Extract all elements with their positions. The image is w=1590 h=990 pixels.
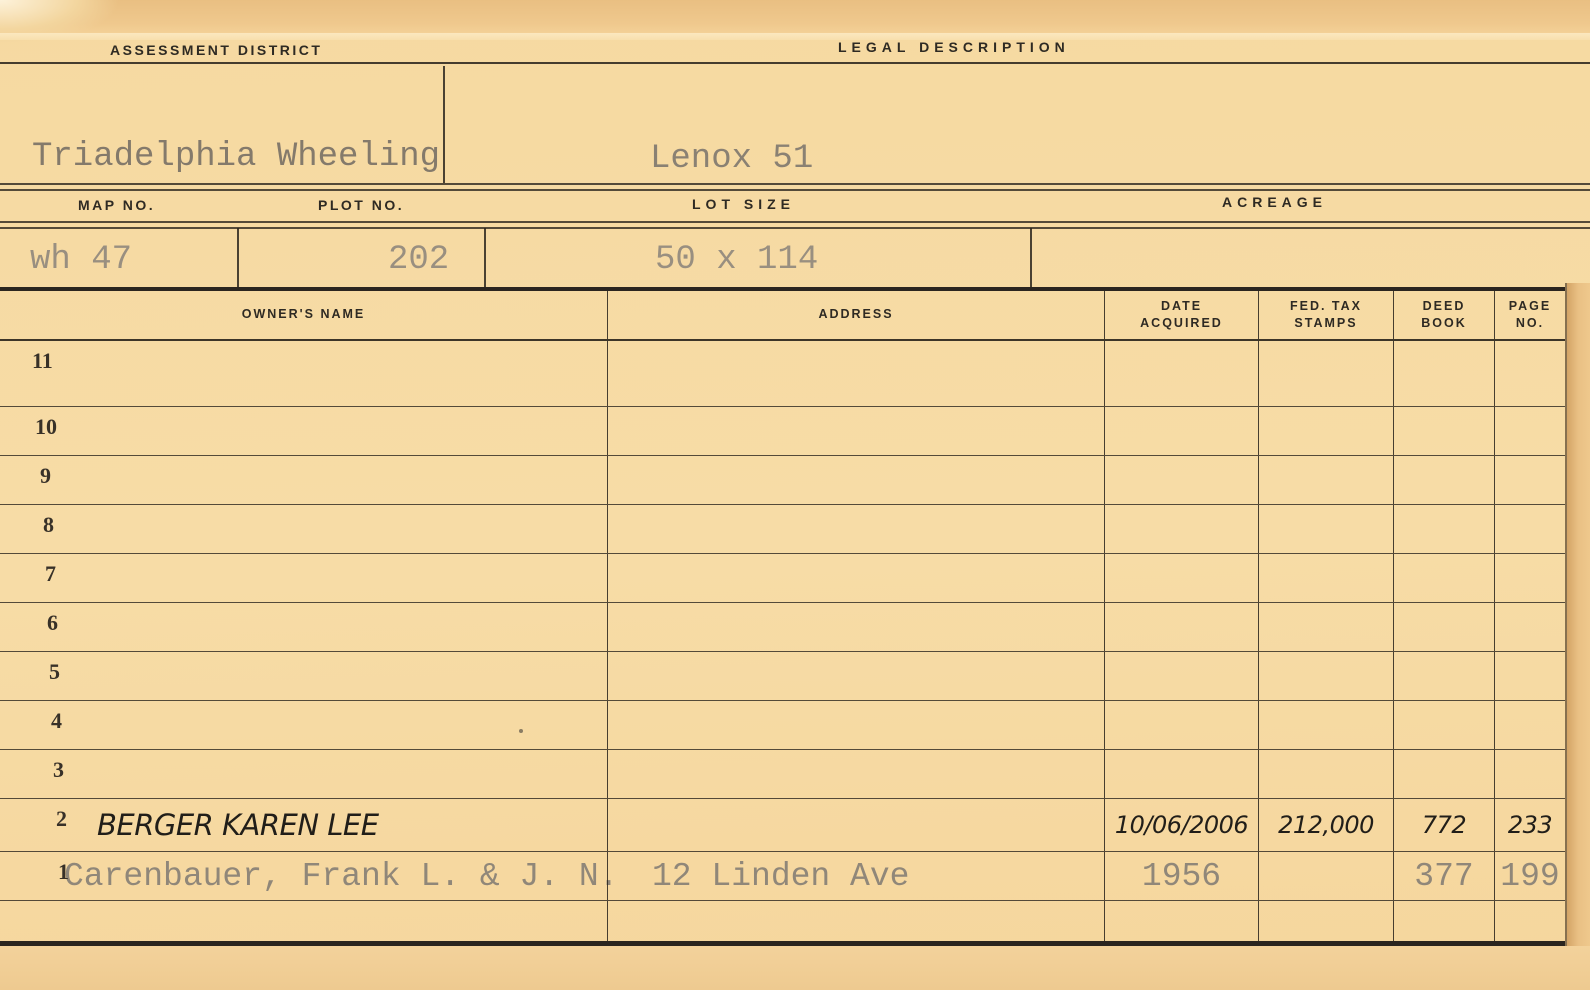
address-cell [607,701,1104,749]
row-number: 7 [45,561,56,587]
page-no-cell [1494,750,1565,798]
address-cell [607,456,1104,504]
address-header-label: ADDRESS [818,306,893,324]
fed-tax-stamps-value: 212,000 [1278,811,1374,839]
deed-book-cell [1393,750,1494,798]
table-row: 11 [0,341,1565,407]
owner-cell [0,456,607,504]
plot-no-value: 202 [388,241,449,279]
plot-lotsize-divider-line [484,228,486,287]
map-no-label: MAP NO. [78,197,155,213]
section-divider-line-echo [0,189,1590,191]
page-no-cell [1494,554,1565,602]
deed-book-column-header: DEED BOOK [1393,291,1494,339]
table-row-berger: 2 BERGER KAREN LEE 10/06/2006 212,000 77… [0,799,1565,852]
date-acquired-cell [1104,456,1258,504]
date-acquired-cell: 10/06/2006 [1104,799,1258,851]
address-column-header: ADDRESS [607,291,1104,339]
fed-tax-stamps-cell [1258,652,1393,700]
deed-book-header-line1: DEED [1423,298,1466,316]
deed-book-cell [1393,456,1494,504]
deed-book-cell [1393,505,1494,553]
date-acquired-cell [1104,341,1258,406]
deed-book-cell [1393,603,1494,651]
legal-description-label: LEGAL DESCRIPTION [838,39,1070,55]
deed-book-cell [1393,901,1494,941]
row-number: 8 [43,512,54,538]
page-no-value: 199 [1500,858,1559,895]
table-row: 5 [0,652,1565,701]
owner-cell [0,554,607,602]
date-acquired-cell [1104,652,1258,700]
address-cell [607,901,1104,941]
owner-value: Carenbauer, Frank L. & J. N. [0,858,619,895]
lotsize-acreage-divider-line [1030,228,1032,287]
address-cell [607,799,1104,851]
fed-tax-stamps-cell [1258,554,1393,602]
address-cell [607,505,1104,553]
deed-book-cell [1393,341,1494,406]
date-header-line1: DATE [1161,298,1202,316]
deed-book-cell [1393,407,1494,455]
date-acquired-cell [1104,750,1258,798]
deed-book-cell: 377 [1393,852,1494,900]
page-no-column-header: PAGE NO. [1494,291,1565,339]
date-acquired-cell [1104,901,1258,941]
section-divider-line [0,183,1590,185]
row-number: 2 [56,806,67,832]
address-cell [607,750,1104,798]
owner-cell [0,701,607,749]
row-number: 5 [49,659,60,685]
date-acquired-cell [1104,554,1258,602]
date-acquired-cell: 1956 [1104,852,1258,900]
deed-book-value: 772 [1422,811,1466,839]
owner-cell [0,341,607,406]
owner-cell [0,505,607,553]
page-no-cell [1494,603,1565,651]
page-no-value: 233 [1508,811,1552,839]
fed-tax-stamps-cell [1258,603,1393,651]
page-no-header-line1: PAGE [1509,298,1552,316]
owner-cell [0,407,607,455]
owner-cell: BERGER KAREN LEE [0,799,607,851]
ink-speck [519,729,523,733]
address-cell [607,407,1104,455]
owner-name-header-label: OWNER'S NAME [242,306,366,324]
owner-cell [0,901,607,941]
card-top-fold-band [0,0,1590,33]
row-number: 10 [35,414,57,440]
plot-no-label: PLOT NO. [318,197,404,213]
row-number: 4 [51,708,62,734]
card-bottom-margin [0,946,1590,990]
address-cell [607,554,1104,602]
owner-name-column-header: OWNER'S NAME [0,291,607,339]
page-no-cell [1494,701,1565,749]
owner-cell: Carenbauer, Frank L. & J. N. [0,852,607,900]
table-header-row: OWNER'S NAME ADDRESS DATE ACQUIRED FED. … [0,291,1565,341]
fed-tax-header-line1: FED. TAX [1290,298,1362,316]
owner-cell [0,652,607,700]
deed-book-cell [1393,652,1494,700]
district-divider-line [443,66,445,183]
page-no-cell [1494,901,1565,941]
page-no-header-line2: NO. [1516,315,1544,333]
table-row: 8 [0,505,1565,554]
header-underline [0,62,1590,64]
table-row: 9 [0,456,1565,505]
map-no-value: wh 47 [30,241,132,279]
address-cell: 12 Linden Ave [607,852,1104,900]
deed-book-header-line2: BOOK [1421,315,1467,333]
assessment-district-value: Triadelphia Wheeling [32,138,440,176]
date-acquired-value: 1956 [1142,858,1221,895]
deed-book-cell: 772 [1393,799,1494,851]
date-acquired-column-header: DATE ACQUIRED [1104,291,1258,339]
fed-tax-stamps-cell [1258,456,1393,504]
paper-crease-highlight [0,33,1590,40]
date-header-line2: ACQUIRED [1140,315,1223,333]
labels-underline [0,221,1590,223]
date-acquired-value: 10/06/2006 [1115,811,1248,839]
row-number: 3 [53,757,64,783]
fed-tax-stamps-cell [1258,901,1393,941]
page-no-cell [1494,505,1565,553]
table-row: 6 [0,603,1565,652]
ownership-table: OWNER'S NAME ADDRESS DATE ACQUIRED FED. … [0,287,1565,946]
owner-cell [0,750,607,798]
page-no-cell [1494,407,1565,455]
table-row-empty [0,901,1565,941]
fed-tax-stamps-cell [1258,341,1393,406]
card-right-edge [1565,283,1590,946]
table-row: 10 [0,407,1565,456]
address-cell [607,652,1104,700]
legal-description-value: Lenox 51 [650,140,813,178]
fed-tax-header-line2: STAMPS [1294,315,1357,333]
table-row: 3 [0,750,1565,799]
row-number: 9 [40,463,51,489]
fed-tax-stamps-cell [1258,750,1393,798]
page-no-cell [1494,652,1565,700]
date-acquired-cell [1104,701,1258,749]
address-cell [607,341,1104,406]
assessment-district-label: ASSESSMENT DISTRICT [110,42,322,58]
fed-tax-stamps-column-header: FED. TAX STAMPS [1258,291,1393,339]
deed-book-cell [1393,554,1494,602]
table-row-carenbauer: 1 Carenbauer, Frank L. & J. N. 12 Linden… [0,852,1565,901]
fed-tax-stamps-cell [1258,852,1393,900]
address-cell [607,603,1104,651]
assessment-record-card: ASSESSMENT DISTRICT LEGAL DESCRIPTION Tr… [0,0,1590,990]
date-acquired-cell [1104,603,1258,651]
fed-tax-stamps-cell [1258,407,1393,455]
lot-size-value: 50 x 114 [655,241,818,279]
address-value: 12 Linden Ave [608,858,909,895]
owner-cell [0,603,607,651]
date-acquired-cell [1104,407,1258,455]
page-no-cell: 199 [1494,852,1565,900]
row-number: 6 [47,610,58,636]
page-no-cell [1494,341,1565,406]
fed-tax-stamps-cell [1258,505,1393,553]
page-no-cell: 233 [1494,799,1565,851]
lot-size-label: LOT SIZE [692,196,795,212]
row-number: 11 [32,348,53,374]
date-acquired-cell [1104,505,1258,553]
row-number: 1 [58,859,69,885]
deed-book-cell [1393,701,1494,749]
acreage-label: ACREAGE [1222,194,1327,210]
table-row: 7 [0,554,1565,603]
fed-tax-stamps-cell [1258,701,1393,749]
deed-book-value: 377 [1414,858,1473,895]
table-row: 4 [0,701,1565,750]
fed-tax-stamps-cell: 212,000 [1258,799,1393,851]
map-plot-divider-line [237,228,239,287]
page-no-cell [1494,456,1565,504]
